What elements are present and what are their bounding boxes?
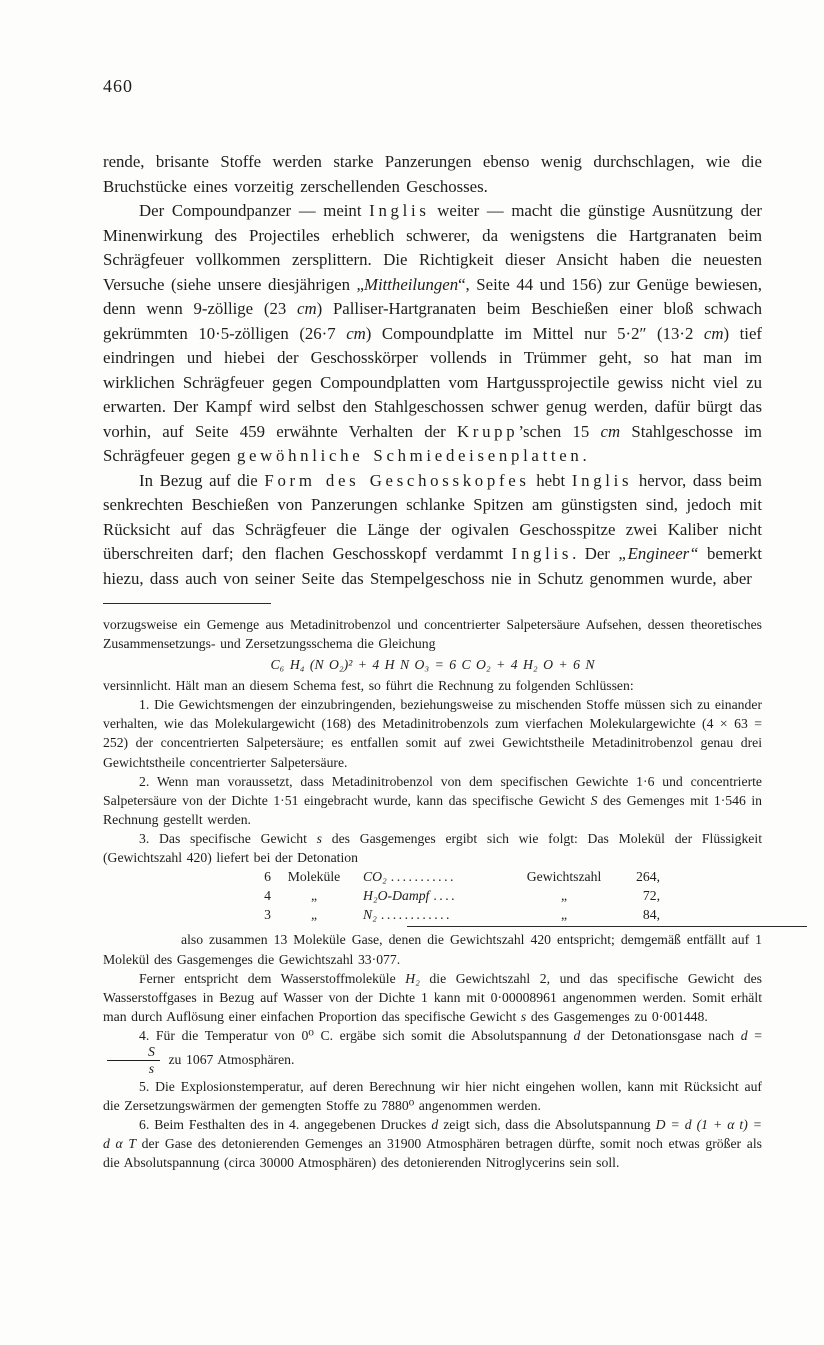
leader-dots: .... bbox=[429, 888, 457, 903]
footnote-item-6: 6. Beim Festhalten des in 4. angegebenen… bbox=[103, 1115, 762, 1172]
text-run: cm bbox=[297, 299, 317, 318]
chemical-equation: C₆ H₄ (N O₂)² + 4 H N O₃ = 6 C O₂ + 4 H₂… bbox=[103, 653, 762, 676]
text-run: gewöhnliche Schmiedeisenplatten. bbox=[237, 446, 590, 465]
footnote-after-equation: versinnlicht. Hält man an diesem Schema … bbox=[103, 676, 762, 695]
body-paragraph-compoundpanzer: Der Compoundpanzer — meint Inglis weiter… bbox=[103, 199, 762, 469]
text-run: ’schen 15 bbox=[518, 422, 600, 441]
weight-value: 264, bbox=[614, 867, 660, 886]
footnote-sum-paragraph: also zusammen 13 Moleküle Gase, denen di… bbox=[103, 930, 762, 968]
text-run: vorzugsweise ein Gemenge aus Metadinitro… bbox=[103, 617, 762, 651]
text-run: Krupp bbox=[457, 422, 518, 441]
text-run: Inglis bbox=[369, 201, 429, 220]
text-run: der Detonationsgase nach bbox=[580, 1028, 740, 1043]
weight-label: „ bbox=[514, 886, 614, 905]
molecule-formula: N₂............ bbox=[357, 905, 514, 924]
text-run: Der Compoundpanzer — meint bbox=[139, 201, 369, 220]
text-run: Form des Geschosskopfes bbox=[264, 471, 529, 490]
text-run: zeigt sich, dass die Absolutspannung bbox=[438, 1117, 655, 1132]
footnote-item-4: 4. Für die Temperatur von 0⁰ C. ergäbe s… bbox=[103, 1026, 762, 1077]
molecule-unit: „ bbox=[271, 905, 357, 924]
weight-label: Gewichtszahl bbox=[514, 867, 614, 886]
footnote-item-3: 3. Das specifische Gewicht s des Gasgeme… bbox=[103, 829, 762, 867]
text-run: 5. Die Explosionstemperatur, auf deren B… bbox=[103, 1079, 762, 1113]
footnote-ferner-paragraph: Ferner entspricht dem Wasserstoffmolekül… bbox=[103, 969, 762, 1026]
formula-text: H₂O-Dampf bbox=[363, 888, 429, 903]
text-run: Ferner entspricht dem Wasserstoffmolekül… bbox=[139, 971, 405, 986]
text-run: In Bezug auf die bbox=[139, 471, 264, 490]
text-run: H₂ bbox=[405, 971, 420, 986]
text-run: d bbox=[741, 1028, 748, 1043]
text-run: cm bbox=[704, 324, 724, 343]
molecule-formula: CO₂........... bbox=[357, 867, 514, 886]
footnote-item-2: 2. Wenn man voraussetzt, dass Metadinitr… bbox=[103, 772, 762, 829]
formula-text: N₂ bbox=[363, 907, 377, 922]
footnote-item-5: 5. Die Explosionstemperatur, auf deren B… bbox=[103, 1077, 762, 1115]
text-run: 4. Für die Temperatur von 0⁰ C. ergäbe s… bbox=[139, 1028, 573, 1043]
text-run: „Engineer“ bbox=[618, 544, 698, 563]
footnote: vorzugsweise ein Gemenge aus Metadinitro… bbox=[103, 615, 762, 1172]
text-run: cm bbox=[601, 422, 621, 441]
formula-text: CO₂ bbox=[363, 869, 387, 884]
text-run: ) Compoundplatte im Mittel nur 5·2″ (13·… bbox=[366, 324, 704, 343]
text-run: versinnlicht. Hält man an diesem Schema … bbox=[103, 678, 634, 693]
fraction: Ss bbox=[107, 1045, 160, 1077]
table-row: 4 „ H₂O-Dampf.... „ 72, bbox=[255, 886, 660, 905]
weight-value: 72, bbox=[614, 886, 660, 905]
text-run: cm bbox=[346, 324, 366, 343]
text-run: zu 1067 Atmosphären. bbox=[164, 1052, 295, 1067]
table-row: 6 Moleküle CO₂........... Gewichtszahl 2… bbox=[255, 867, 660, 886]
text-run: Inglis bbox=[572, 471, 632, 490]
molecule-formula: H₂O-Dampf.... bbox=[357, 886, 514, 905]
text-run: . Der bbox=[572, 544, 618, 563]
book-page: 460 rende, brisante Stoffe werden starke… bbox=[0, 0, 824, 1345]
body-paragraph-continuation: rende, brisante Stoffe werden starke Pan… bbox=[103, 150, 762, 199]
text-run: Inglis bbox=[512, 544, 572, 563]
table-row: 3 „ N₂............ „ 84, bbox=[255, 905, 660, 924]
molecule-unit: Moleküle bbox=[271, 867, 357, 886]
text-run: des Gasgemenges zu 0·001448. bbox=[526, 1009, 708, 1024]
text-run: 3. Das specifische Gewicht bbox=[139, 831, 317, 846]
text-run: der Gase des detonierenden Gemenges an 3… bbox=[103, 1136, 762, 1170]
molecule-count: 4 bbox=[255, 886, 271, 905]
footnote-intro: vorzugsweise ein Gemenge aus Metadinitro… bbox=[103, 615, 762, 653]
text-run: = bbox=[748, 1028, 762, 1043]
main-text: rende, brisante Stoffe werden starke Pan… bbox=[103, 150, 762, 591]
footnote-separator-rule bbox=[103, 603, 271, 604]
footnote-item-1: 1. Die Gewichtsmengen der einzubringende… bbox=[103, 695, 762, 771]
text-run: Mittheilungen bbox=[364, 275, 458, 294]
molecule-unit: „ bbox=[271, 886, 357, 905]
leader-dots: ............ bbox=[377, 907, 452, 922]
text-run: also zusammen 13 Moleküle Gase, denen di… bbox=[103, 932, 762, 966]
text-run: 1. Die Gewichtsmengen der einzubringende… bbox=[103, 697, 762, 769]
weight-label: „ bbox=[514, 905, 614, 924]
molecule-count: 6 bbox=[255, 867, 271, 886]
weight-value: 84, bbox=[614, 905, 660, 924]
page-number: 460 bbox=[103, 76, 133, 97]
text-run: 6. Beim Festhalten des in 4. angegebenen… bbox=[139, 1117, 431, 1132]
molecule-table: 6 Moleküle CO₂........... Gewichtszahl 2… bbox=[255, 867, 660, 927]
table-sum-rule bbox=[407, 926, 807, 927]
molecule-count: 3 bbox=[255, 905, 271, 924]
text-run: rende, brisante Stoffe werden starke Pan… bbox=[103, 152, 762, 196]
leader-dots: ........... bbox=[387, 869, 456, 884]
text-run: hebt bbox=[530, 471, 572, 490]
body-paragraph-geschosskopf: In Bezug auf die Form des Geschosskopfes… bbox=[103, 469, 762, 592]
